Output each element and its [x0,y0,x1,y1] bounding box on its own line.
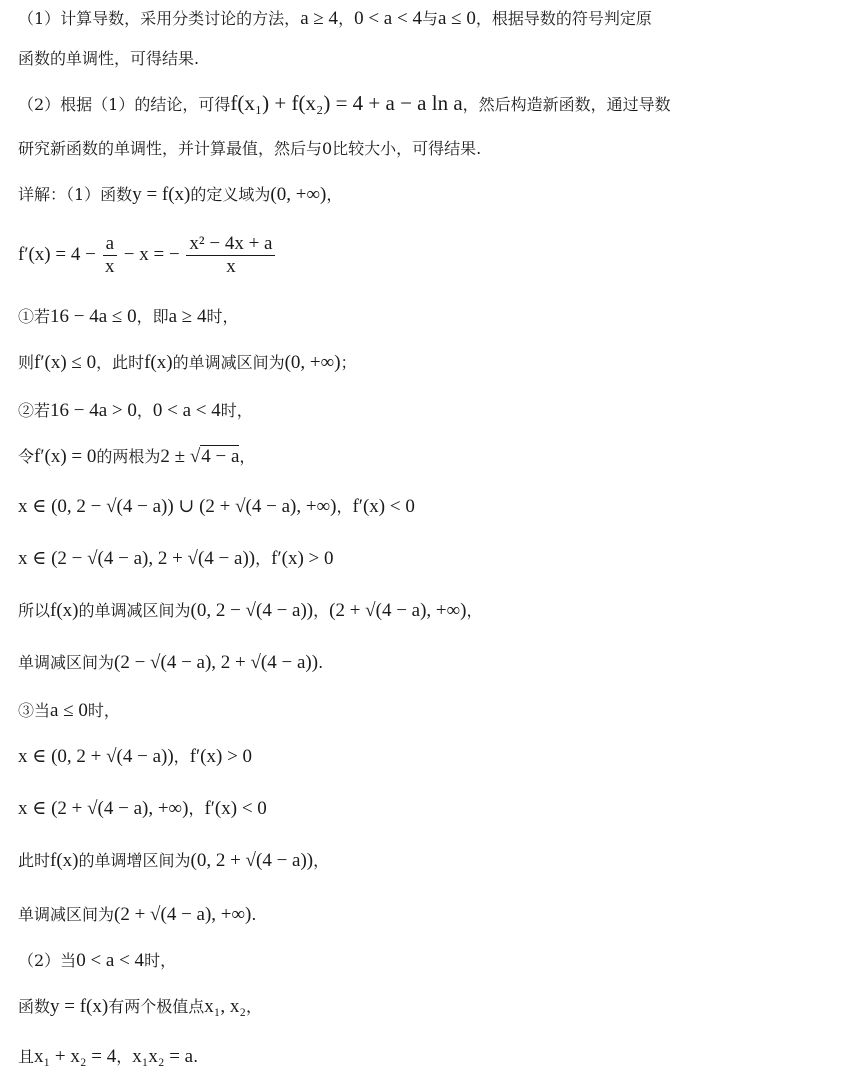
case1-result: 则f′(x) ≤ 0，此时f(x)的单调减区间为(0, +∞)； [18,352,357,374]
text: 时， [144,951,176,970]
text: （1）计算导数，采用分类讨论的方法， [18,9,300,28]
text: ， [174,747,190,766]
math: f′(x) = 0 [34,446,96,467]
math: a ≥ 4 [169,306,207,327]
case2-roots: 令f′(x) = 0的两根为2 ± √4 − a， [18,446,255,468]
math: (2 + √(4 − a), +∞) [114,904,251,925]
math: f(x) [50,600,78,621]
text: ， [188,799,204,818]
case3-positive-interval: x ∈ (0, 2 + √(4 − a))，f′(x) > 0 [18,746,252,768]
case3-negative-interval: x ∈ (2 + √(4 − a), +∞)，f′(x) < 0 [18,798,267,820]
text: 函数 [18,997,50,1016]
text: 所以 [18,601,50,620]
text: （2）当 [18,951,76,970]
math: (0, 2 − √(4 − a)) [191,600,314,621]
text: ， [326,185,342,204]
derivative-formula: f′(x) = 4 − ax − x = − x² − 4x + ax [18,232,277,278]
text: 时， [206,307,238,326]
math: (2 − √(4 − a), 2 + √(4 − a)) [114,652,318,673]
part2-condition: （2）当0 < a < 4时， [18,950,176,972]
numerator: a [103,233,117,256]
math: (0, +∞) [270,184,326,205]
detail-domain-line: 详解：（1）函数y = f(x)的定义域为(0, +∞)， [18,184,342,206]
sqrt-radicand: 4 − a [200,445,239,467]
math: (0, +∞) [285,352,341,373]
text: ②若 [18,401,50,420]
math: a ≤ 0 [438,8,476,29]
math: f(x₁) + f(x₂) = 4 + a − a ln a [230,91,462,115]
math: a ≥ 4 [300,8,338,29]
text: 的两根为 [96,447,160,466]
case2-negative-interval: x ∈ (0, 2 − √(4 − a)) ∪ (2 + √(4 − a), +… [18,496,415,518]
math: 0 < a < 4 [76,950,144,971]
math: a ≤ 0 [50,700,88,721]
math: 16 − 4a ≤ 0 [50,306,137,327]
math: f′(x) < 0 [352,496,414,517]
text: 有两个极值点 [108,997,204,1016]
text: 的单调减区间为 [173,353,285,372]
math: − x = − [124,244,180,265]
numerator: x² − 4x + a [186,233,275,256]
math: x₁x₂ = a [132,1046,193,1067]
text: ， [313,601,329,620]
math: 0 < a < 4 [354,8,422,29]
text: 则 [18,353,34,372]
text: ， [246,997,262,1016]
math: f(x) [50,850,78,871]
text: 的定义域为 [190,185,270,204]
text: 令 [18,447,34,466]
text: ③当 [18,701,50,720]
text: ， [116,1047,132,1066]
math: f′(x) < 0 [204,798,266,819]
math: x ∈ (2 + √(4 − a), +∞) [18,798,188,819]
math: (2 + √(4 − a), +∞) [329,600,466,621]
text: 时， [221,401,253,420]
denominator: x [186,256,275,278]
case2-interval-2: 单调减区间为(2 − √(4 − a), 2 + √(4 − a)). [18,652,323,674]
text: ， [338,9,354,28]
math: f′(x) > 0 [190,746,252,767]
text: ， [467,601,483,620]
text: 与 [422,9,438,28]
text: ， [137,401,153,420]
math: x₁, x₂ [204,996,246,1017]
analysis-part1-line1: （1）计算导数，采用分类讨论的方法，a ≥ 4，0 < a < 4与a ≤ 0，… [18,8,652,30]
text: 单调减区间为 [18,653,114,672]
case2-condition: ②若16 − 4a > 0，0 < a < 4时， [18,400,253,422]
text: 此时 [18,851,50,870]
text: （2）根据（1）的结论，可得 [18,95,230,114]
text: ； [341,353,357,372]
math: x ∈ (0, 2 − √(4 − a)) ∪ (2 + √(4 − a), +… [18,496,336,517]
analysis-part2-line2: 研究新函数的单调性，并计算最值，然后与0比较大小，可得结果. [18,138,481,160]
math: 16 − 4a > 0 [50,400,137,421]
denominator: x [103,256,117,278]
math: f′(x) > 0 [271,548,333,569]
part2-vieta: 且x₁ + x₂ = 4，x₁x₂ = a. [18,1046,198,1068]
text: 单调减区间为 [18,905,114,924]
math: 0 < a < 4 [153,400,221,421]
analysis-part2-line1: （2）根据（1）的结论，可得f(x₁) + f(x₂) = 4 + a − a … [18,92,671,116]
text: . [251,905,256,924]
math: f(x) [144,352,172,373]
text: ，此时 [96,353,144,372]
math: x ∈ (0, 2 + √(4 − a)) [18,746,174,767]
text: 函数的单调性，可得结果. [18,49,199,68]
math: 2 ± √ [160,446,200,467]
case2-decreasing: 所以f(x)的单调减区间为(0, 2 − √(4 − a))，(2 + √(4 … [18,600,483,622]
math: y = f(x) [132,184,190,205]
math: y = f(x) [50,996,108,1017]
case3-condition: ③当a ≤ 0时， [18,700,120,722]
math: f′(x) ≤ 0 [34,352,96,373]
case3-decreasing: 单调减区间为(2 + √(4 − a), +∞). [18,904,256,926]
text: ，即 [137,307,169,326]
text: 且 [18,1047,34,1066]
fraction-a-over-x: ax [103,233,117,278]
text: ，然后构造新函数，通过导数 [463,95,671,114]
text: . [193,1047,198,1066]
text: . [318,653,323,672]
text: ①若 [18,307,50,326]
text: ， [313,851,329,870]
text: ， [255,549,271,568]
case1-condition: ①若16 − 4a ≤ 0，即a ≥ 4时， [18,306,239,328]
case3-increasing: 此时f(x)的单调增区间为(0, 2 + √(4 − a))， [18,850,329,872]
math: x ∈ (2 − √(4 − a), 2 + √(4 − a)) [18,548,255,569]
math: x₁ + x₂ = 4 [34,1046,116,1067]
part2-extrema: 函数y = f(x)有两个极值点x₁, x₂， [18,996,262,1018]
text: 的单调增区间为 [79,851,191,870]
analysis-part1-line2: 函数的单调性，可得结果. [18,48,199,70]
text: ，根据导数的符号判定原 [476,9,652,28]
math: (0, 2 + √(4 − a)) [191,850,314,871]
text: 研究新函数的单调性，并计算最值，然后与0比较大小，可得结果. [18,139,481,158]
text: 的单调减区间为 [79,601,191,620]
case2-positive-interval: x ∈ (2 − √(4 − a), 2 + √(4 − a))，f′(x) >… [18,548,334,570]
text: 详解：（1）函数 [18,185,132,204]
text: 时， [88,701,120,720]
text: ， [239,447,255,466]
math: f′(x) = 4 − [18,244,96,265]
fraction-quadratic-over-x: x² − 4x + ax [186,233,275,278]
text: ， [336,497,352,516]
